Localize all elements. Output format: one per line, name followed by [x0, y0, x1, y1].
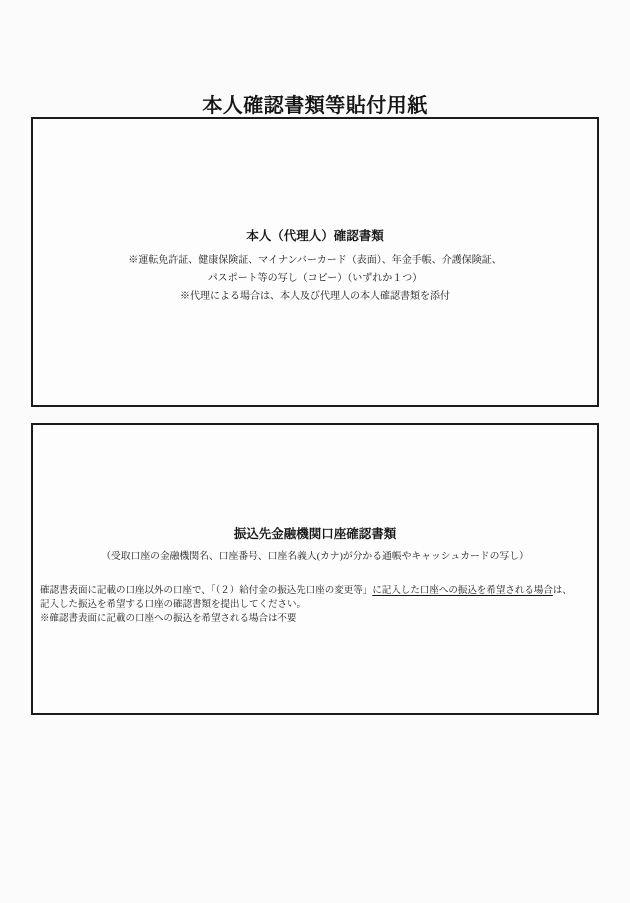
bank-note-line-1-underlined: に記入した口座への振込を希望される場合 — [372, 586, 553, 596]
bank-box-subheading: （受取口座の金融機関名、口座番号、口座名義人(カナ)が分かる通帳やキャッシュカー… — [33, 550, 597, 564]
document-page: 本人確認書類等貼付用紙 本人（代理人）確認書類 ※運転免許証、健康保険証、マイナ… — [0, 0, 630, 903]
identity-box-content: 本人（代理人）確認書類 ※運転免許証、健康保険証、マイナンバーカード（表面）、年… — [33, 227, 597, 306]
bank-note-line-3: ※確認書表面に記載の口座への振込を希望される場合は不要 — [40, 612, 590, 626]
bank-note-line-1-post: は、 — [553, 586, 572, 596]
bank-note-line-1: 確認書表面に記載の口座以外の口座で、「（２）給付金の振込先口座の変更等」に記入し… — [40, 584, 590, 598]
bank-account-documents-paste-box: 振込先金融機関口座確認書類 （受取口座の金融機関名、口座番号、口座名義人(カナ)… — [31, 423, 599, 715]
bank-box-note: 確認書表面に記載の口座以外の口座で、「（２）給付金の振込先口座の変更等」に記入し… — [33, 584, 597, 626]
identity-box-line-3: ※代理による場合は、本人及び代理人の本人確認書類を添付 — [33, 288, 597, 306]
identity-box-line-1: ※運転免許証、健康保険証、マイナンバーカード（表面）、年金手帳、介護保険証、 — [33, 252, 597, 270]
identity-box-heading: 本人（代理人）確認書類 — [33, 227, 597, 246]
bank-note-line-1-pre: 確認書表面に記載の口座以外の口座で、「（２）給付金の振込先口座の変更等」 — [40, 586, 372, 596]
identity-box-line-2: パスポート等の写し（コピー）（いずれか１つ） — [33, 270, 597, 288]
page-title: 本人確認書類等貼付用紙 — [0, 94, 630, 118]
identity-documents-paste-box: 本人（代理人）確認書類 ※運転免許証、健康保険証、マイナンバーカード（表面）、年… — [31, 117, 599, 407]
bank-box-content: 振込先金融機関口座確認書類 （受取口座の金融機関名、口座番号、口座名義人(カナ)… — [33, 525, 597, 626]
bank-note-line-2: 記入した振込を希望する口座の確認書類を提出してください。 — [40, 598, 590, 612]
bank-box-heading: 振込先金融機関口座確認書類 — [33, 525, 597, 544]
